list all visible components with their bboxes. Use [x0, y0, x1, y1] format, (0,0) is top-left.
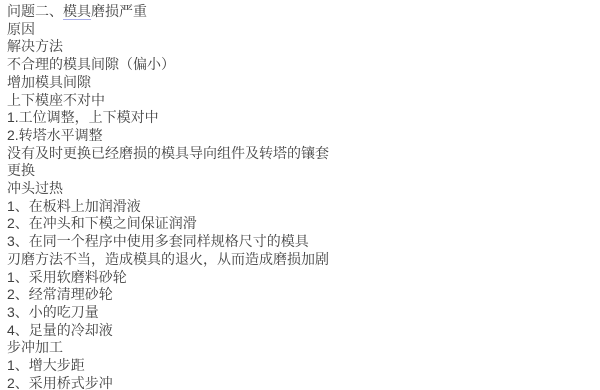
text-line: 冲头过热	[7, 180, 592, 198]
keyword-link[interactable]: 模具	[63, 3, 91, 20]
document-heading: 问题二、模具磨损严重	[7, 3, 592, 21]
text-line: 1、采用软磨料砂轮	[7, 269, 592, 287]
text-line: 原因	[7, 21, 592, 39]
text-line: 刃磨方法不当，造成模具的退火，从而造成磨损加剧	[7, 251, 592, 269]
text-line: 更换	[7, 162, 592, 180]
text-line: 2、经常清理砂轮	[7, 286, 592, 304]
text-line: 3、小的吃刀量	[7, 304, 592, 322]
text-line: 2、在冲头和下模之间保证润滑	[7, 215, 592, 233]
text-line: 1、在板料上加润滑液	[7, 198, 592, 216]
text-line: 1.工位调整，上下模对中	[7, 109, 592, 127]
text-line: 4、足量的冷却液	[7, 322, 592, 340]
text-line: 没有及时更换已经磨损的模具导向组件及转塔的镶套	[7, 145, 592, 163]
text-line: 3、在同一个程序中使用多套同样规格尺寸的模具	[7, 233, 592, 251]
text-line: 2.转塔水平调整	[7, 127, 592, 145]
text-line: 增加模具间隙	[7, 74, 592, 92]
document-body: 问题二、模具磨损严重 原因 解决方法 不合理的模具间隙（偏小） 增加模具间隙 上…	[0, 0, 600, 390]
text-line: 步冲加工	[7, 339, 592, 357]
text-line: 不合理的模具间隙（偏小）	[7, 56, 592, 74]
text-line: 1、增大步距	[7, 357, 592, 375]
text-line: 解决方法	[7, 38, 592, 56]
heading-prefix: 问题二、	[7, 3, 63, 19]
heading-suffix: 磨损严重	[91, 3, 147, 19]
text-line: 上下模座不对中	[7, 92, 592, 110]
text-line: 2、采用桥式步冲	[7, 375, 592, 390]
